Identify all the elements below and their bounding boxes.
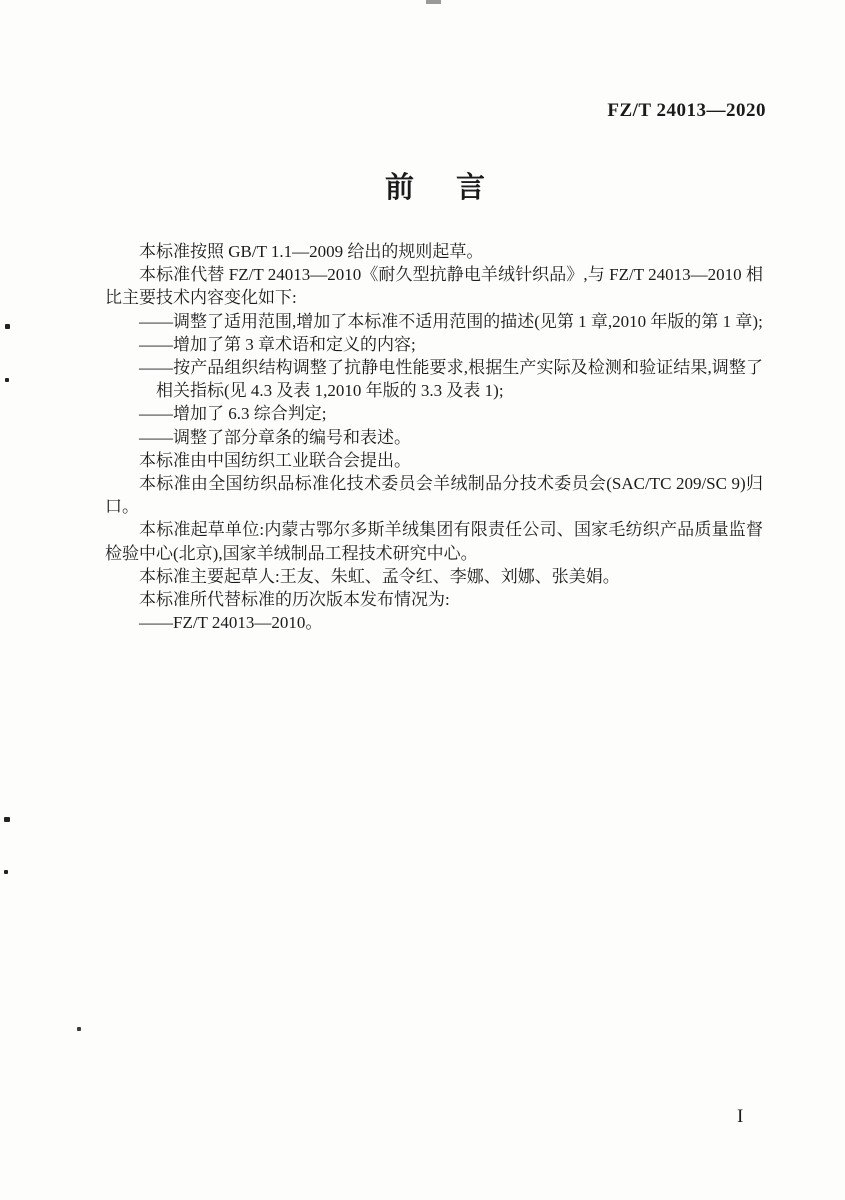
scan-edge-artifact	[426, 0, 441, 4]
scan-speck	[4, 870, 8, 874]
paragraph: 本标准主要起草人:王友、朱虹、孟令红、李娜、刘娜、张美娟。	[105, 565, 763, 588]
paragraph: 本标准所代替标准的历次版本发布情况为:	[105, 588, 763, 611]
change-list-item: ——调整了适用范围,增加了本标准不适用范围的描述(见第 1 章,2010 年版的…	[105, 310, 763, 333]
page-title: 前言	[128, 165, 784, 206]
paragraph: 本标准按照 GB/T 1.1—2009 给出的规则起草。	[105, 240, 763, 263]
paragraph: 本标准代替 FZ/T 24013—2010《耐久型抗静电羊绒针织品》,与 FZ/…	[105, 263, 763, 309]
scan-speck	[5, 324, 10, 329]
page-number: I	[737, 1106, 743, 1128]
change-list-item: ——增加了第 3 章术语和定义的内容;	[105, 333, 763, 356]
change-list-item: ——按产品组织结构调整了抗静电性能要求,根据生产实际及检测和验证结果,调整了相关…	[105, 356, 763, 402]
paragraph: 本标准起草单位:内蒙古鄂尔多斯羊绒集团有限责任公司、国家毛纺织产品质量监督检验中…	[105, 518, 763, 564]
change-list-item: ——增加了 6.3 综合判定;	[105, 402, 763, 425]
scan-speck	[5, 378, 9, 382]
change-list-item: ——调整了部分章条的编号和表述。	[105, 426, 763, 449]
foreword-body: 本标准按照 GB/T 1.1—2009 给出的规则起草。 本标准代替 FZ/T …	[105, 240, 763, 634]
previous-edition-item: ——FZ/T 24013—2010。	[105, 611, 763, 634]
scan-speck	[77, 1027, 81, 1031]
scan-speck	[4, 817, 10, 822]
paragraph: 本标准由全国纺织品标准化技术委员会羊绒制品分技术委员会(SAC/TC 209/S…	[105, 472, 763, 518]
document-page: FZ/T 24013—2020 前言 本标准按照 GB/T 1.1—2009 给…	[0, 0, 845, 1200]
paragraph: 本标准由中国纺织工业联合会提出。	[105, 449, 763, 472]
standard-number: FZ/T 24013—2020	[607, 100, 766, 122]
